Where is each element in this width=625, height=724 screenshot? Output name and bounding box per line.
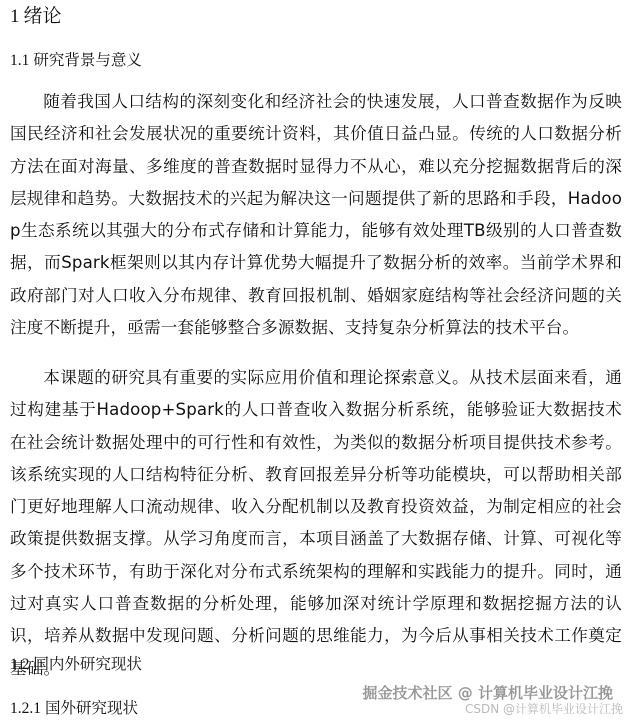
subsection-title: 国外研究现状 bbox=[45, 700, 138, 717]
watermark: 掘金技术社区 @ 计算机毕业设计江挽 CSDN @计算机毕业设计江挽 bbox=[363, 684, 613, 717]
section-title: 研究背景与意义 bbox=[33, 52, 142, 69]
watermark-csdn: CSDN @计算机毕业设计江挽 bbox=[363, 702, 623, 717]
chapter-number: 1 bbox=[10, 6, 20, 27]
section-title: 国内外研究现状 bbox=[33, 656, 142, 673]
watermark-juejin: 掘金技术社区 @ 计算机毕业设计江挽 bbox=[363, 684, 613, 702]
section-number: 1.1 bbox=[10, 52, 29, 69]
section-heading-1-1: 1.1研究背景与意义 bbox=[10, 50, 142, 72]
paragraph-background: 随着我国人口结构的深刻变化和经济社会的快速发展，人口普查数据作为反映国民经济和社… bbox=[10, 86, 622, 344]
section-number: 1.2 bbox=[10, 656, 29, 673]
subsection-number: 1.2.1 bbox=[10, 700, 41, 717]
subsection-heading-1-2-1: 1.2.1国外研究现状 bbox=[10, 698, 138, 720]
chapter-title: 绪论 bbox=[24, 6, 62, 27]
section-heading-1-2: 1.2国内外研究现状 bbox=[10, 654, 142, 676]
chapter-heading: 1绪论 bbox=[10, 4, 62, 30]
paragraph-significance: 本课题的研究具有重要的实际应用价值和理论探索意义。从技术层面来看，通过构建基于H… bbox=[10, 362, 622, 685]
